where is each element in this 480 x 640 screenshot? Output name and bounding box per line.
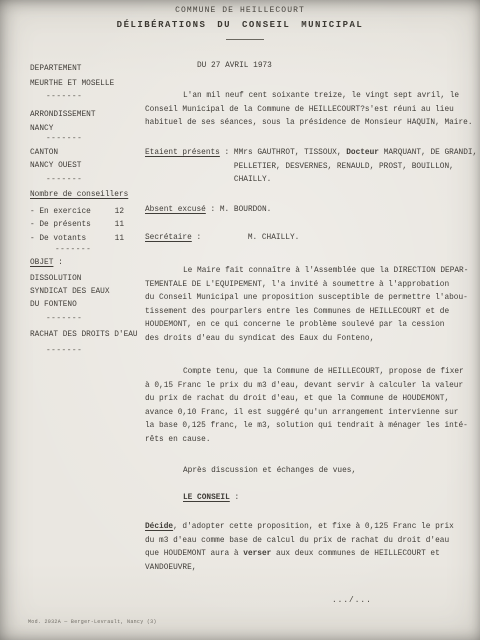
absent-line: Absent excusé : M. BOURDON. [145, 204, 471, 218]
presents-names-part1: MMrs GAUTHROT, TISSOUX, [234, 149, 346, 157]
presents-names-docteur: Docteur [346, 149, 379, 157]
continuation-dots: .../... [332, 595, 372, 609]
le-conseil-colon: : [230, 494, 239, 502]
objet-heading: OBJET : [30, 257, 110, 271]
decision-verser: verser [243, 550, 271, 558]
conseillers-row: - De présents 11 [30, 219, 124, 233]
secretaire-label: Secrétaire [145, 234, 192, 242]
presents-names: MMrs GAUTHROT, TISSOUX, Docteur MARQUANT… [234, 147, 477, 188]
decide-word: Décide [145, 523, 173, 531]
separator-dashes: ------- [46, 174, 82, 188]
objet-block: OBJET : DISSOLUTION SYNDICAT DES EAUX DU… [30, 257, 110, 312]
presents-colon: : [220, 149, 234, 157]
le-conseil-label: LE CONSEIL [183, 494, 230, 502]
presents-label: Etaient présents [145, 149, 220, 157]
conseillers-row-value: 11 [115, 233, 124, 247]
discussion-paragraph: Après discussion et échanges de vues, [145, 465, 471, 479]
secretaire-line: Secrétaire : M. CHAILLY. [145, 232, 471, 246]
page-title: DÉLIBÉRATIONS DU CONSEIL MUNICIPAL [0, 20, 480, 30]
departement-label: DEPARTEMENT [30, 62, 114, 77]
separator-dashes: ------- [46, 91, 82, 105]
canton-value: NANCY OUEST [30, 160, 81, 173]
absent-label: Absent excusé [145, 206, 206, 214]
secretaire-colon: : [192, 234, 206, 242]
presents-label-wrap: Etaient présents : [145, 147, 234, 161]
canton-block: CANTON NANCY OUEST [30, 147, 81, 173]
separator-dashes: ------- [46, 313, 82, 327]
conseillers-title: Nombre de conseillers [30, 189, 128, 203]
objet-subject-lines: DISSOLUTION SYNDICAT DES EAUX DU FONTENO [30, 273, 110, 312]
compte-tenu-paragraph: Compte tenu, que la Commune de HEILLECOU… [145, 366, 471, 447]
maire-paragraph: Le Maire fait connaître à l'Assemblée qu… [145, 265, 471, 346]
conseillers-block: Nombre de conseillers - En exercice 12 -… [30, 189, 128, 246]
separator-dashes: ------- [46, 345, 82, 359]
departement-block: DEPARTEMENT MEURTHE ET MOSELLE [30, 62, 114, 92]
title-underline-rule [226, 39, 264, 40]
le-conseil-heading: LE CONSEIL : [183, 492, 239, 506]
conseillers-row-value: 12 [115, 206, 124, 220]
session-date: DU 27 AVRIL 1973 [197, 60, 272, 74]
separator-dashes: ------- [46, 133, 82, 147]
absent-colon: : [206, 206, 220, 214]
document-page: COMMUNE DE HEILLECOURT DÉLIBÉRATIONS DU … [0, 0, 480, 640]
decision-paragraph: Décide, d'adopter cette proposition, et … [145, 521, 471, 575]
objet-colon: : [53, 259, 62, 267]
presents-block: Etaient présents : MMrs GAUTHROT, TISSOU… [145, 147, 471, 188]
separator-dashes: ------- [55, 244, 91, 258]
secretaire-value: M. CHAILLY. [248, 234, 299, 242]
canton-label: CANTON [30, 147, 81, 160]
conseillers-row-label: - De présents [30, 219, 91, 233]
arrondissement-block: ARRONDISSEMENT NANCY [30, 108, 96, 136]
opening-paragraph: L'an mil neuf cent soixante treize, le v… [145, 90, 471, 131]
commune-heading: COMMUNE DE HEILLECOURT [0, 6, 480, 15]
conseillers-row: - En exercice 12 [30, 206, 124, 220]
objet-label: OBJET [30, 259, 53, 267]
objet-rachat-line: RACHAT DES DROITS D'EAU [30, 329, 138, 343]
conseillers-row-value: 11 [115, 219, 124, 233]
absent-value: M. BOURDON. [220, 206, 271, 214]
arrondissement-label: ARRONDISSEMENT [30, 108, 96, 122]
conseillers-row-label: - En exercice [30, 206, 91, 220]
departement-value: MEURTHE ET MOSELLE [30, 77, 114, 92]
printer-imprint: Mod. 2032A — Berger-Levrault, Nancy (3) [28, 619, 157, 625]
